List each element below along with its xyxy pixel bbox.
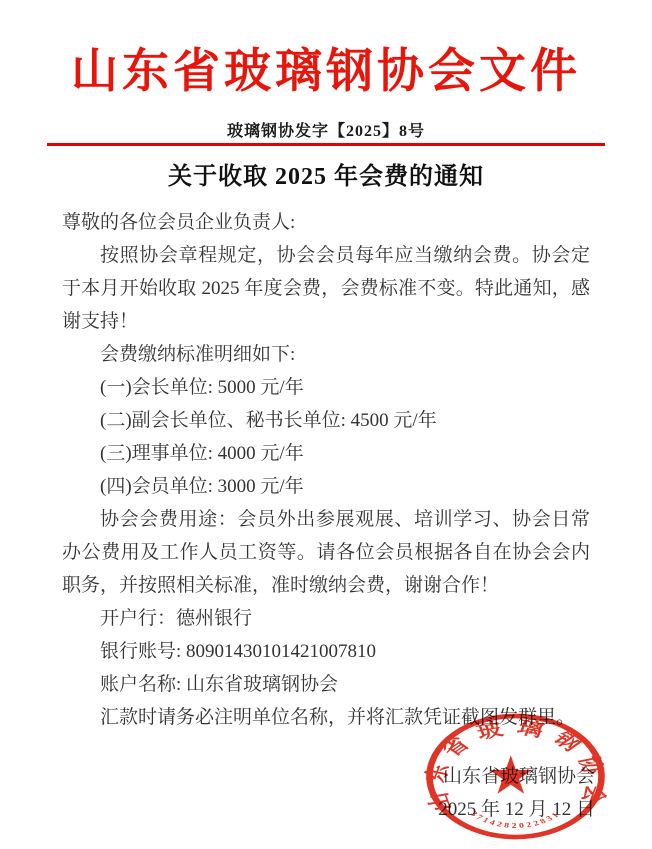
signature-date: 2025 年 12 月 12 日 <box>438 793 595 826</box>
document-page: 山东省玻璃钢协会文件 玻璃钢协发字【2025】8号 关于收取 2025 年会费的… <box>0 0 652 849</box>
red-divider-line <box>47 143 605 146</box>
document-body: 尊敬的各位会员企业负责人: 按照协会章程规定，协会会员每年应当缴纳会费。协会定于… <box>62 206 590 734</box>
bank-account-name-line: 账户名称: 山东省玻璃钢协会 <box>62 668 590 701</box>
fee-item-director: (三)理事单位: 4000 元/年 <box>62 437 590 470</box>
signature-org: 山东省玻璃钢协会 <box>438 760 595 793</box>
usage-paragraph: 协会会费用途：会员外出参展观展、培训学习、协会日常办公费用及工作人员工资等。请各… <box>62 503 590 602</box>
signature-block: 山东省玻璃钢协会 2025 年 12 月 12 日 <box>438 760 595 826</box>
fee-item-vice-president: (二)副会长单位、秘书长单位: 4500 元/年 <box>62 404 590 437</box>
document-number: 玻璃钢协发字【2025】8号 <box>0 118 652 141</box>
salutation-line: 尊敬的各位会员企业负责人: <box>62 206 590 239</box>
fee-item-member: (四)会员单位: 3000 元/年 <box>62 470 590 503</box>
fee-item-president: (一)会长单位: 5000 元/年 <box>62 371 590 404</box>
remittance-note-line: 汇款时请务必注明单位名称，并将汇款凭证截图发群里。 <box>62 701 590 734</box>
document-title: 关于收取 2025 年会费的通知 <box>0 156 652 191</box>
bank-account-number-line: 银行账号: 80901430101421007810 <box>62 635 590 668</box>
bank-name-line: 开户行：德州银行 <box>62 602 590 635</box>
red-header-title: 山东省玻璃钢协会文件 <box>0 42 652 102</box>
fee-intro-line: 会费缴纳标准明细如下: <box>62 338 590 371</box>
intro-paragraph: 按照协会章程规定，协会会员每年应当缴纳会费。协会定于本月开始收取 2025 年度… <box>62 239 590 338</box>
